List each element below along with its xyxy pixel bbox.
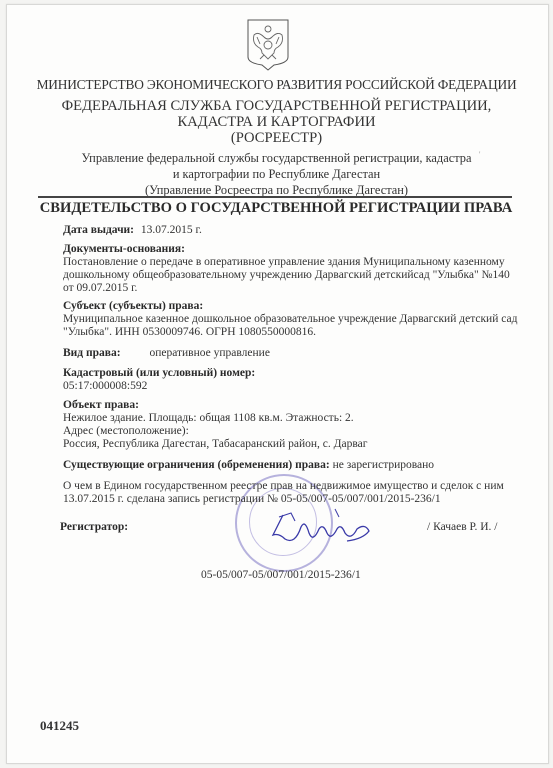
registrar-name: / Качаев Р. И. / (427, 521, 498, 534)
basis-documents: Документы-основания: Постановление о пер… (63, 243, 510, 295)
subjects-label: Субъект (субъекты) права: (63, 300, 517, 313)
registrar-label-text: Регистратор: (60, 521, 128, 533)
issue-date: Дата выдачи: 13.07.2015 г. (63, 224, 202, 237)
restrictions-label: Существующие ограничения (обременения) п… (63, 459, 330, 471)
service-heading: ФЕДЕРАЛЬНАЯ СЛУЖБА ГОСУДАРСТВЕННОЙ РЕГИС… (0, 98, 553, 146)
right-type-value: оперативное управление (149, 347, 270, 359)
registration-number: 05-05/007-05/007/001/2015-236/1 (201, 569, 361, 582)
cadastral-value: 05:17:000008:592 (63, 380, 255, 393)
form-serial-number: 041245 (40, 718, 79, 734)
cadastral-number: Кадастровый (или условный) номер: 05:17:… (63, 367, 255, 393)
right-type-label: Вид права: (63, 347, 121, 359)
office-line-1: Управление федеральной службы государств… (0, 150, 553, 166)
ministry-heading: МИНИСТЕРСТВО ЭКОНОМИЧЕСКОГО РАЗВИТИЯ РОС… (0, 77, 553, 93)
issue-date-value: 13.07.2015 г. (141, 224, 202, 236)
basis-line: от 09.07.2015 г. (63, 282, 510, 295)
service-line-2: КАДАСТРА И КАРТОГРАФИИ (0, 114, 553, 130)
registry-record: О чем в Едином государственном реестре п… (63, 480, 504, 506)
registrar-signature-icon (265, 505, 385, 555)
object-line: Россия, Республика Дагестан, Табасаранск… (63, 438, 367, 451)
header-divider (38, 196, 512, 198)
office-line-2: и картографии по Республике Дагестан (0, 166, 553, 182)
service-line-3: (РОСРЕЕСТР) (0, 130, 553, 146)
object-line: Адрес (местоположение): (63, 425, 367, 438)
object-label: Объект права: (63, 399, 367, 412)
object-line: Нежилое здание. Площадь: общая 1108 кв.м… (63, 412, 367, 425)
office-heading: Управление федеральной службы государств… (0, 150, 553, 198)
registrar-label: Регистратор: (60, 521, 128, 534)
basis-line: дошкольному общеобразовательному учрежде… (63, 269, 510, 282)
service-line-1: ФЕДЕРАЛЬНАЯ СЛУЖБА ГОСУДАРСТВЕННОЙ РЕГИС… (0, 98, 553, 114)
issue-date-label: Дата выдачи: (63, 224, 134, 236)
right-type: Вид права: оперативное управление (63, 347, 270, 360)
subjects: Субъект (субъекты) права: Муниципальное … (63, 300, 517, 339)
scan-speck: ' (479, 150, 480, 159)
object-of-right: Объект права: Нежилое здание. Площадь: о… (63, 399, 367, 451)
basis-line: Постановление о передаче в оперативное у… (63, 256, 510, 269)
restrictions-value: не зарегистрировано (333, 459, 434, 471)
subjects-line: "Улыбка". ИНН 0530009746. ОГРН 108055000… (63, 326, 517, 339)
coat-of-arms-icon (240, 17, 296, 73)
cadastral-label: Кадастровый (или условный) номер: (63, 367, 255, 380)
record-line: О чем в Едином государственном реестре п… (63, 480, 504, 493)
basis-documents-label: Документы-основания: (63, 243, 510, 256)
restrictions: Существующие ограничения (обременения) п… (63, 459, 434, 472)
certificate-title: СВИДЕТЕЛЬСТВО О ГОСУДАРСТВЕННОЙ РЕГИСТРА… (26, 200, 526, 217)
subjects-line: Муниципальное казенное дошкольное образо… (63, 313, 517, 326)
